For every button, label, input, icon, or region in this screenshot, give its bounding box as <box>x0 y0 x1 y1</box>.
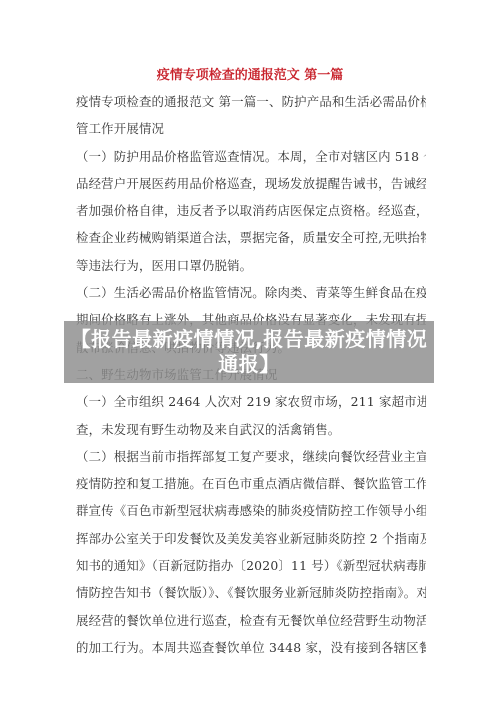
headline-overlay-text: 【报告最新疫情情况,报告最新疫情情况通报】 <box>69 327 429 377</box>
body-line: 疫情专项检查的通报范文 第一篇一、防护产品和生活必需品价格监 <box>76 88 426 115</box>
body-line: 挥部办公室关于印发餐饮及美发美容业新冠肺炎防控 2 个指南及告 <box>76 525 426 552</box>
body-line: 情防控告知书（餐饮版）》、《餐饮服务业新冠肺炎防控指南》。对开 <box>76 579 426 606</box>
body-line: 群宣传《百色市新型冠状病毒感染的肺炎疫情防控工作领导小组指 <box>76 497 426 524</box>
body-line: （一）全市组织 2464 人次对 219 家农贸市场，211 家超市进行检 <box>76 388 426 415</box>
body-line: 疫情防控和复工措施。在百色市重点酒店微信群、餐饮监管工作 QQ <box>76 470 426 497</box>
body-line: 展经营的餐饮单位进行巡查，检查有无餐饮单位经营野生动物活体 <box>76 607 426 634</box>
body-line: 品经营户开展医药用品价格巡查，现场发放提醒告诫书，告诫经营 <box>76 170 426 197</box>
body-line: 管工作开展情况 <box>76 115 426 142</box>
body-line: 查，未发现有野生动物及来自武汉的活禽销售。 <box>76 416 426 443</box>
body-line: （二）根据当前市指挥部复工复产要求，继续向餐饮经营业主宣传 <box>76 443 426 470</box>
body-line: （二）生活必需品价格监管情况。除肉类、青菜等生鲜食品在疫情 <box>76 279 426 306</box>
body-line: 者加强价格自律，违反者予以取消药店医保定点资格。经巡查，所 <box>76 197 426 224</box>
document-title: 疫情专项检查的通报范文 第一篇 <box>0 64 500 83</box>
document-page: 疫情专项检查的通报范文 第一篇 疫情专项检查的通报范文 第一篇一、防护产品和生活… <box>0 0 500 706</box>
body-line: 知书的通知》（百新冠防指办〔2020〕11 号）《新型冠状病毒肺炎疫 <box>76 552 426 579</box>
body-line: 等违法行为，医用口罩仍脱销。 <box>76 252 426 279</box>
body-line: 检查企业药械购销渠道合法，票据完备，质量安全可控,无哄抬物价 <box>76 224 426 251</box>
body-line: 的加工行为。本周共巡查餐饮单位 3448 家，没有接到各辖区餐饮单 <box>76 634 426 661</box>
headline-overlay-banner: 【报告最新疫情情况,报告最新疫情情况通报】 <box>64 321 434 383</box>
body-line: （一）防护用品价格监管巡查情况。本周，全市对辖区内 518 个药 <box>76 143 426 170</box>
